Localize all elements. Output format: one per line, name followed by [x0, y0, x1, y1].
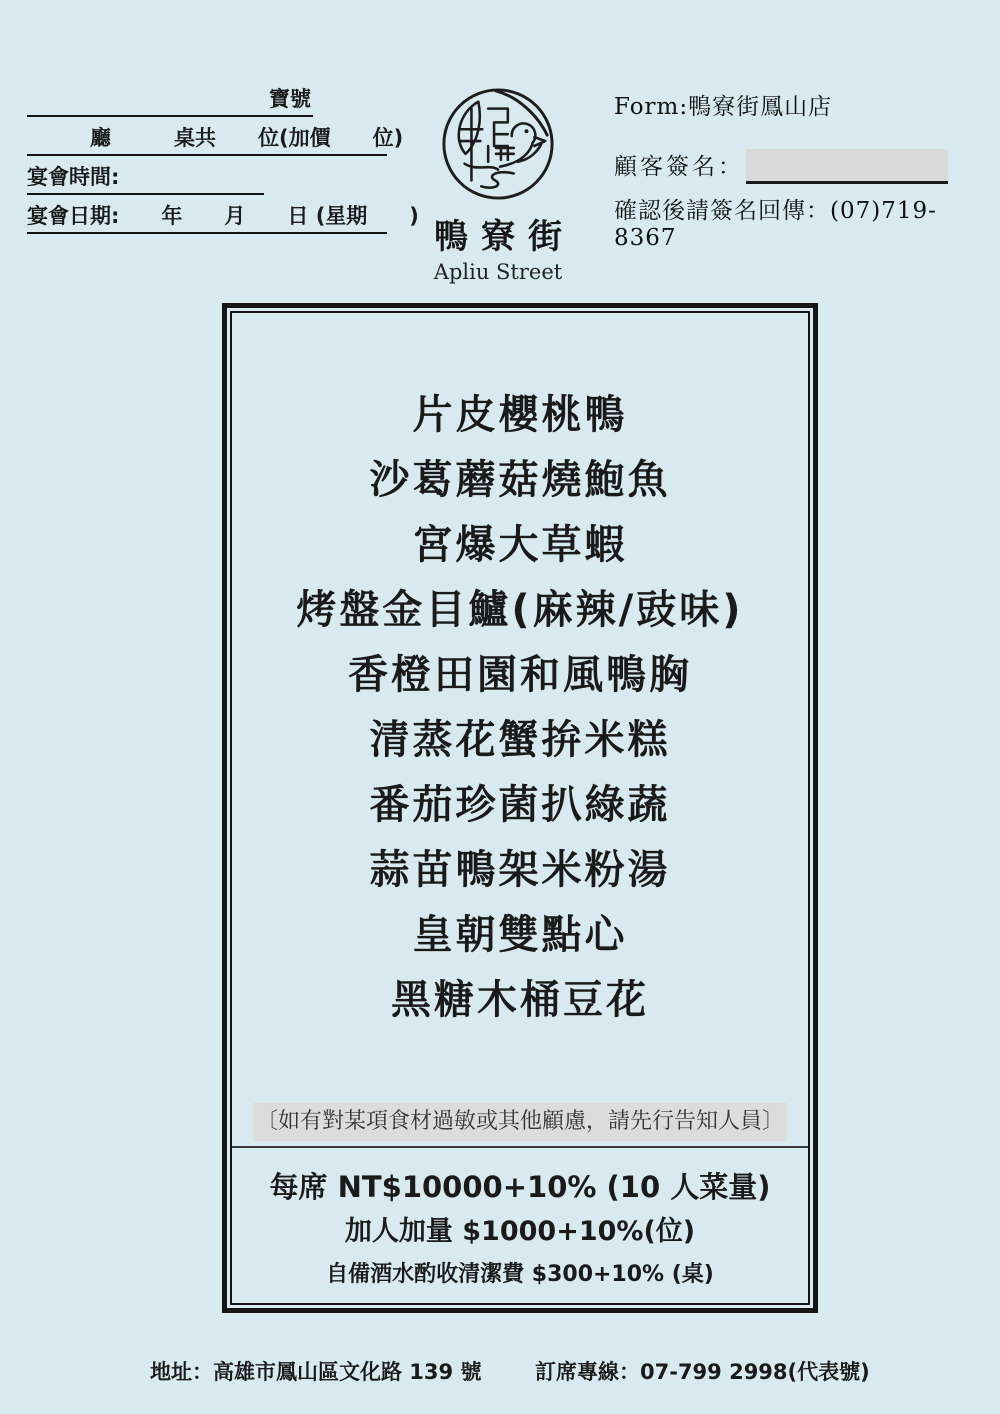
hall-table-seats-field: 廳 桌共 位(加價 位)	[27, 123, 387, 156]
signature-block: Form:鴨寮街鳳山店 顧客簽名： 確認後請簽名回傳：(07)719-8367	[614, 88, 989, 251]
company-name-field: 寶號	[27, 84, 313, 117]
menu-item-list: 片皮櫻桃鴨 沙葛蘑菇燒鮑魚 宮爆大草蝦 烤盤金目鱸(麻辣/豉味) 香橙田園和風鴨…	[232, 313, 808, 1033]
price-extra-person: 加人加量 $1000+10%(位)	[232, 1210, 808, 1254]
menu-item: 蒜苗鴨架米粉湯	[232, 838, 808, 903]
customer-signature-row: 顧客簽名：	[614, 149, 989, 184]
price-corkage-fee: 自備酒水酌收清潔費 $300+10% (桌)	[232, 1254, 808, 1296]
allergy-notice: 〔如有對某項食材過敏或其他顧慮，請先行告知人員〕	[253, 1103, 787, 1141]
form-branch-label: Form:鴨寮街鳳山店	[614, 88, 989, 121]
price-per-table: 每席 NT$10000+10% (10 人菜量)	[232, 1164, 808, 1210]
signature-label: 顧客簽名：	[614, 150, 744, 184]
menu-item: 香橙田園和風鴨胸	[232, 643, 808, 708]
menu-item: 烤盤金目鱸(麻辣/豉味)	[232, 578, 808, 643]
logo-chinese-name: 鴨寮街	[398, 209, 598, 258]
price-block: 每席 NT$10000+10% (10 人菜量) 加人加量 $1000+10%(…	[232, 1148, 808, 1296]
menu-item: 片皮櫻桃鴨	[232, 383, 808, 448]
fax-back-instruction: 確認後請簽名回傳：(07)719-8367	[614, 192, 989, 251]
menu-inner-frame: 片皮櫻桃鴨 沙葛蘑菇燒鮑魚 宮爆大草蝦 烤盤金目鱸(麻辣/豉味) 香橙田園和風鴨…	[230, 311, 810, 1305]
banquet-time-field: 宴會時間:	[27, 162, 264, 195]
logo-english-name: Apliu Street	[398, 260, 598, 284]
restaurant-logo: 鴨寮街 Apliu Street	[398, 85, 598, 284]
duck-seal-icon	[439, 85, 557, 203]
banquet-date-field: 宴會日期: 年 月 日 (星期 )	[27, 201, 387, 234]
menu-item: 清蒸花蟹拚米糕	[232, 708, 808, 773]
menu-item: 黑糖木桶豆花	[232, 968, 808, 1033]
menu-outer-frame: 片皮櫻桃鴨 沙葛蘑菇燒鮑魚 宮爆大草蝦 烤盤金目鱸(麻辣/豉味) 香橙田園和風鴨…	[222, 303, 818, 1313]
signature-input-box	[746, 149, 948, 184]
menu-item: 沙葛蘑菇燒鮑魚	[232, 448, 808, 513]
restaurant-address: 地址：高雄市鳳山區文化路 139 號	[150, 1356, 481, 1386]
menu-item: 皇朝雙點心	[232, 903, 808, 968]
reservation-form-block: 寶號 廳 桌共 位(加價 位) 宴會時間: 宴會日期: 年 月 日 (星期 )	[27, 84, 397, 240]
menu-item: 宮爆大草蝦	[232, 513, 808, 578]
banquet-menu-page: 寶號 廳 桌共 位(加價 位) 宴會時間: 宴會日期: 年 月 日 (星期 ) …	[0, 0, 1000, 1414]
reservation-hotline: 訂席專線：07-799 2998(代表號)	[535, 1356, 870, 1386]
menu-item: 番茄珍菌扒綠蔬	[232, 773, 808, 838]
